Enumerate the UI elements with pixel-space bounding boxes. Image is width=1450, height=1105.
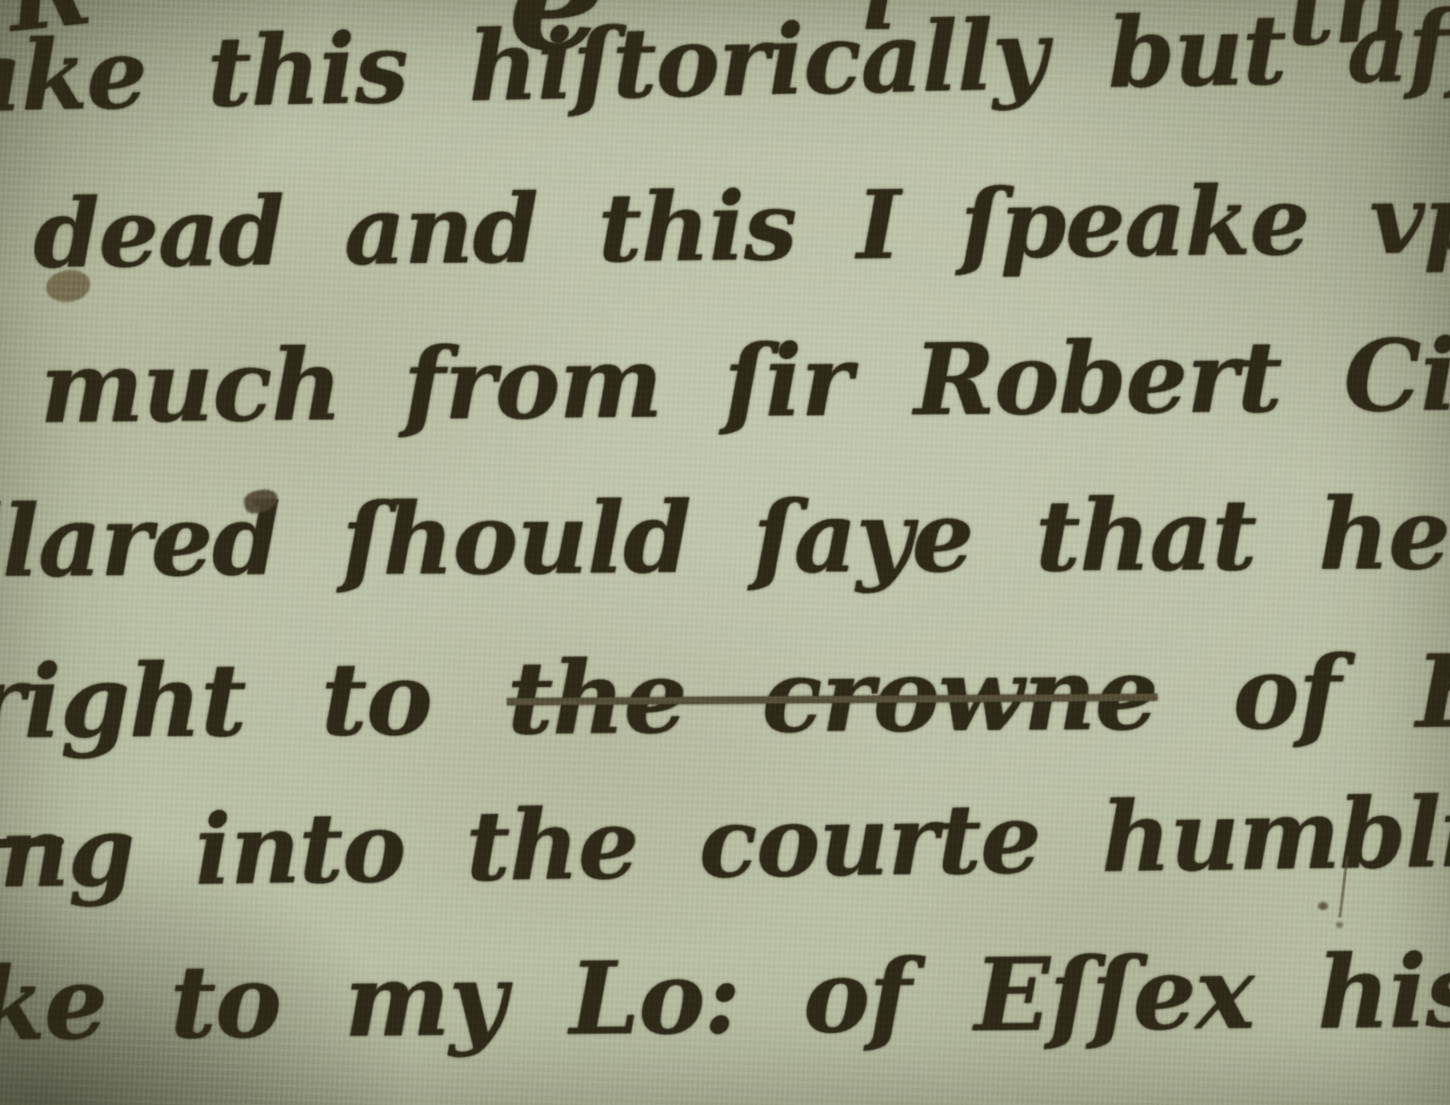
ink-speck bbox=[1318, 902, 1328, 910]
ink-speck bbox=[1336, 922, 1343, 928]
manuscript-line-5: right to the crowne of Engl bbox=[0, 640, 1450, 752]
manuscript-line-2: l dead and this I ſpeake vppon th bbox=[0, 168, 1450, 283]
manuscript-line-4: llared ſhould ſaye that he thou bbox=[0, 485, 1450, 592]
line-5-struck-text: the crowne bbox=[507, 635, 1158, 758]
manuscript-line-1: ake this hiſtorically but affer bbox=[0, 0, 1450, 126]
manuscript-line-3: much from ſir Robert Cicills ow bbox=[40, 324, 1450, 438]
manuscript-line-7: ke to my Lo: of Eſſex his obiec bbox=[0, 938, 1450, 1054]
manuscript-line-6: ing into the courte humblie o bbox=[0, 782, 1450, 902]
line-5-post-text: of Engl bbox=[1157, 631, 1450, 753]
line-5-pre-text: right to bbox=[0, 639, 508, 761]
manuscript-photo: R e l th ake this hiſtorically but affer… bbox=[0, 0, 1450, 1105]
